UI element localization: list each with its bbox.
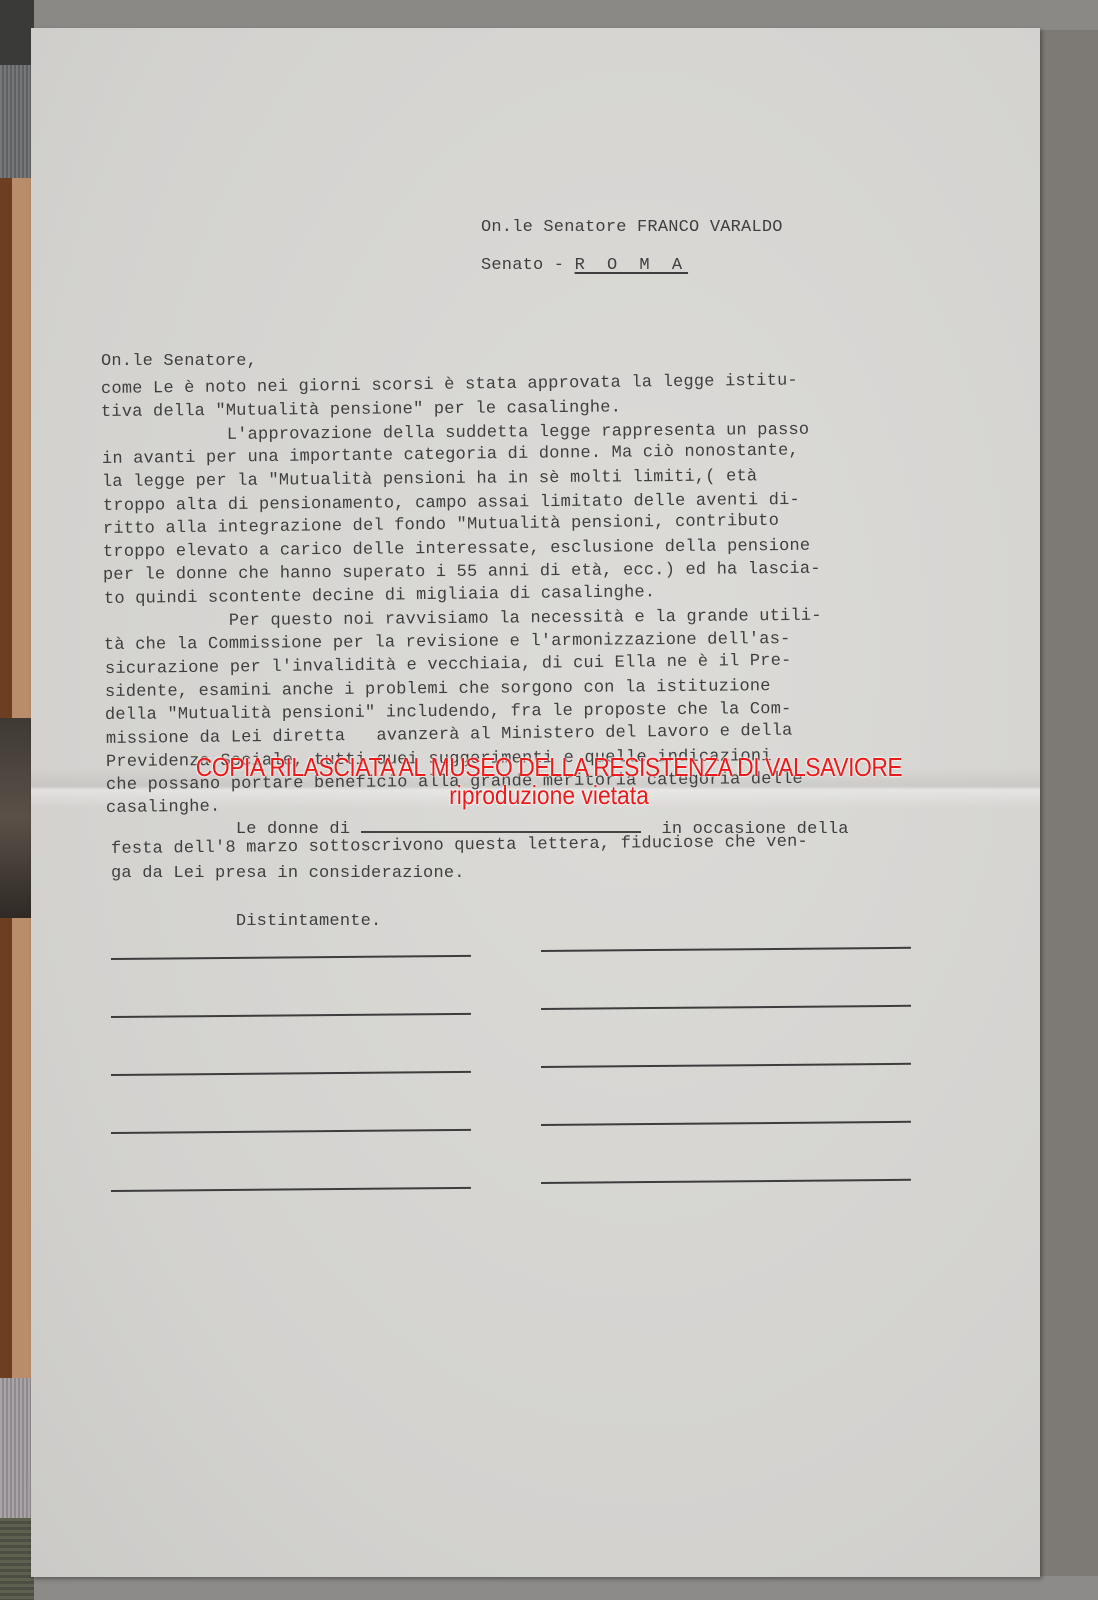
signature-line[interactable] [541, 947, 911, 952]
watermark-line2: riproduzione vietata [66, 780, 1032, 811]
body-line: la legge per la "Mutualità pensioni ha i… [102, 467, 757, 492]
body-line: sidente, esamini anche i problemi che so… [105, 677, 771, 702]
body-line: ritto alla integrazione del fondo "Mutua… [103, 512, 779, 539]
recipient-address-prefix: Senato - [481, 256, 575, 275]
body-line: della "Mutualità pensioni" includendo, f… [105, 700, 792, 725]
signature-line[interactable] [541, 1179, 911, 1184]
signature-line[interactable] [541, 1121, 911, 1126]
salutation: On.le Senatore, [101, 352, 257, 371]
body-line: sicurazione per l'invalidità e vecchiaia… [104, 651, 791, 678]
background-fabric [0, 1378, 34, 1518]
body-line: missione da Lei diretta avanzerà al Mini… [105, 721, 792, 748]
signature-line[interactable] [111, 1013, 471, 1018]
body-line: troppo elevato a carico delle interessat… [103, 537, 810, 562]
body-line: tiva della "Mutualità pensione" per le c… [101, 399, 621, 423]
signature-line[interactable] [111, 1129, 471, 1134]
body-line: in avanti per una importante categoria d… [102, 441, 799, 469]
closing-prefix: Le donne di [111, 820, 361, 839]
watermark-line1: COPIA RILASCIATA AL MUSEO DELLA RESISTEN… [66, 752, 1032, 783]
signature-line[interactable] [111, 1071, 471, 1076]
place-blank-field[interactable] [361, 817, 641, 833]
body-line: to quindi scontente decine di migliaia d… [104, 583, 655, 609]
body-line: come Le è noto nei giorni scorsi è stata… [101, 371, 798, 399]
background-band [0, 718, 34, 918]
body-line: Per questo noi ravvisiamo la necessità e… [104, 607, 822, 632]
background-binder [0, 178, 34, 718]
background-strip [0, 0, 34, 70]
signature-line[interactable] [541, 1063, 911, 1068]
background-fabric [0, 65, 34, 180]
background-binder [0, 918, 34, 1378]
signature-line[interactable] [111, 1187, 471, 1192]
background-top [0, 0, 1098, 30]
closing-paragraph-line3: ga da Lei presa in considerazione. [111, 864, 465, 883]
background-fabric [0, 1518, 34, 1600]
signature-line[interactable] [541, 1005, 911, 1010]
sign-off: Distintamente. [111, 912, 381, 931]
body-line: troppo alta di pensionamento, campo assa… [102, 490, 799, 515]
body-line: per le donne che hanno superato i 55 ann… [103, 560, 821, 585]
background-bottom [34, 1576, 1098, 1600]
signature-line[interactable] [111, 955, 471, 960]
recipient-city: R O M A [575, 256, 688, 275]
recipient-name: On.le Senatore FRANCO VARALDO [481, 218, 783, 237]
recipient-address: Senato - R O M A [481, 256, 688, 275]
body-line: tà che la Commissione per la revisione e… [104, 630, 791, 655]
